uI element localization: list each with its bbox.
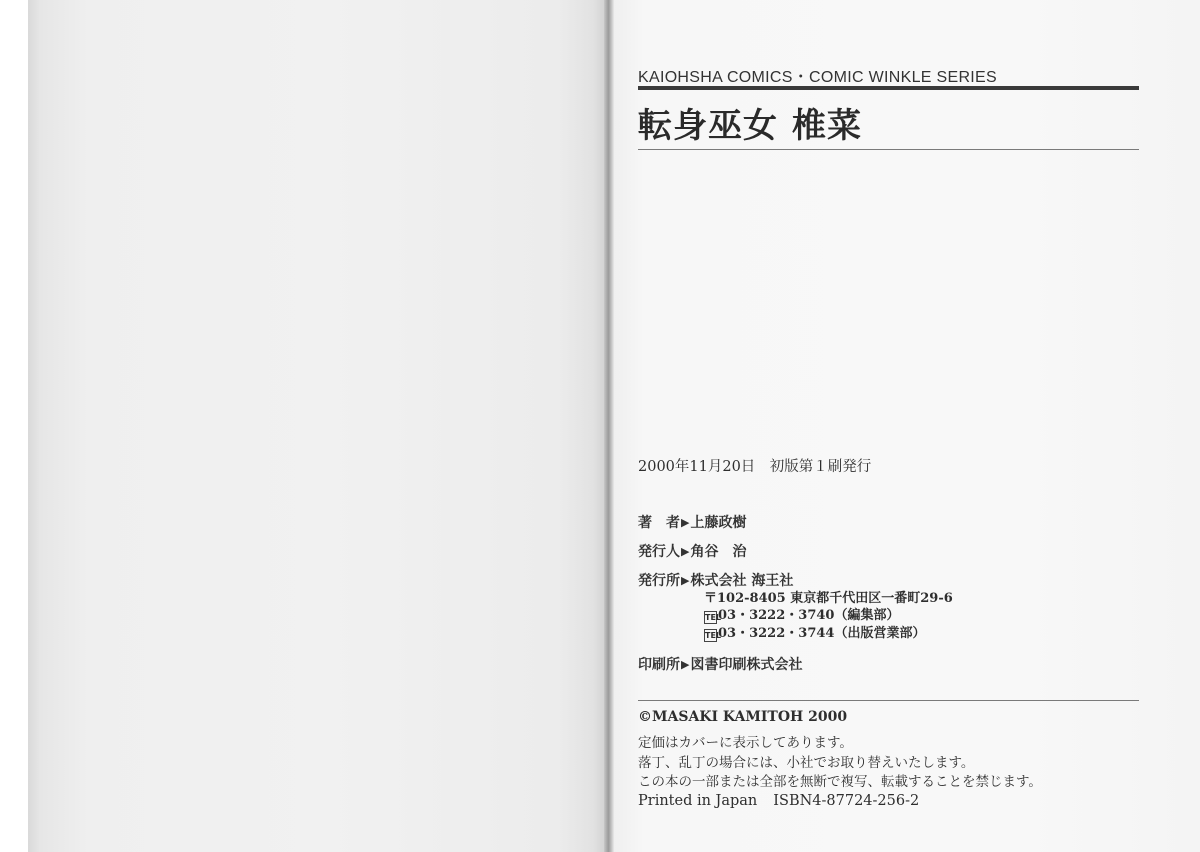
left-page-blank	[28, 0, 608, 852]
thick-rule	[638, 86, 1139, 90]
printing-info: Printed in JapanISBN4-87724-256-2	[638, 793, 919, 809]
publisher-person-credit: 発行人▶角谷 治	[638, 541, 746, 561]
book-title-sub: 椎菜	[792, 106, 862, 146]
book-spine	[604, 0, 614, 852]
printer-label: 印刷所	[638, 654, 680, 674]
sales-phone: TEL03・3222・3744（出版営業部）	[704, 622, 925, 642]
printer-credit: 印刷所▶図書印刷株式会社	[638, 654, 802, 674]
editorial-phone: TEL03・3222・3740（編集部）	[704, 604, 899, 624]
editorial-phone-number: 03・3222・3740（編集部）	[718, 608, 899, 623]
series-name: KAIOHSHA COMICS・COMIC WINKLE SERIES	[638, 64, 997, 87]
arrow-right-icon: ▶	[681, 574, 689, 587]
footer-divider	[638, 700, 1139, 701]
copyright-notice: ©MASAKI KAMITOH 2000	[638, 709, 847, 725]
book-title: 転身巫女椎菜	[638, 98, 862, 147]
replacement-notice: 落丁、乱丁の場合には、小社でお取り替えいたします。	[638, 751, 974, 771]
title-divider	[638, 149, 1139, 150]
arrow-right-icon: ▶	[681, 516, 689, 529]
printer-name: 図書印刷株式会社	[690, 657, 802, 673]
arrow-right-icon: ▶	[681, 545, 689, 558]
book-title-main: 転身巫女	[638, 106, 778, 146]
author-name: 上藤政樹	[690, 515, 746, 531]
publisher-person-name: 角谷 治	[690, 544, 746, 560]
isbn: ISBN4-87724-256-2	[773, 793, 919, 809]
book-spread: KAIOHSHA COMICS・COMIC WINKLE SERIES 転身巫女…	[0, 0, 1200, 852]
printed-in-japan: Printed in Japan	[638, 793, 757, 809]
publisher-person-label: 発行人	[638, 541, 680, 561]
author-credit: 著 者▶上藤政樹	[638, 512, 746, 532]
reproduction-notice: この本の一部または全部を無断で複写、転載することを禁じます。	[638, 770, 1042, 790]
sales-phone-number: 03・3222・3744（出版営業部）	[718, 626, 925, 641]
publisher-label: 発行所	[638, 570, 680, 590]
scan-margin	[0, 0, 28, 852]
telephone-icon: TEL	[704, 629, 717, 642]
arrow-right-icon: ▶	[681, 658, 689, 671]
price-notice: 定価はカバーに表示してあります。	[638, 731, 853, 751]
author-label: 著 者	[638, 512, 680, 532]
publication-date: 2000年11月20日 初版第１刷発行	[638, 455, 871, 476]
